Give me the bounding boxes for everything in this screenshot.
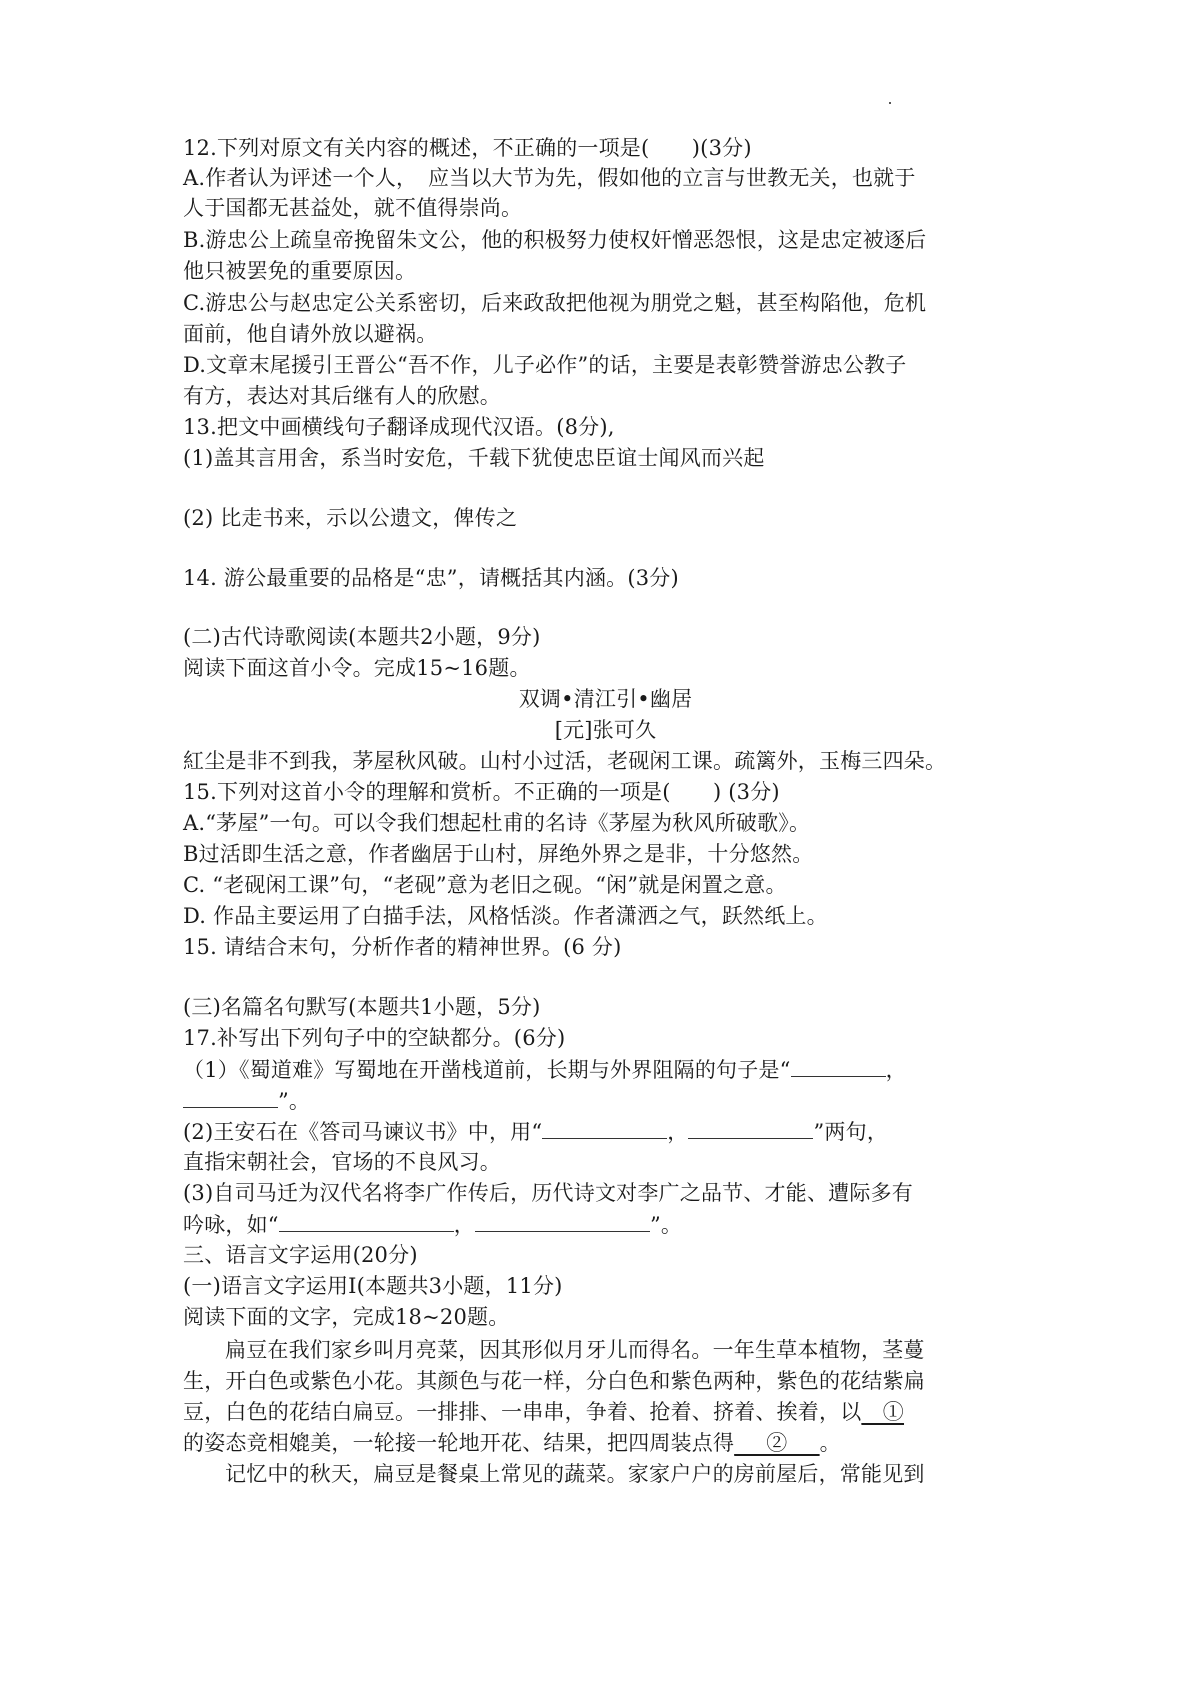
passage-p2-line1: 记忆中的秋天，扁豆是餐桌上常见的蔬菜。家家户户的房前屋后，常能见到 [183,1459,925,1489]
q17-item-1-line2: ”。 [183,1085,310,1115]
q16-stem: 15. 请结合末句，分析作者的精神世界。(6 分) [183,932,622,962]
comma: ， [667,1120,688,1144]
blank-1[interactable]: __① [861,1400,904,1424]
q12-option-d-line1: D.文章末尾援引王晋公“吾不作，儿子必作”的话，主要是表彰赞誉游忠公教子 [183,350,906,380]
q15-option-d: D. 作品主要运用了白描手法，风格恬淡。作者潇洒之气，跃然纸上。 [183,901,828,931]
q12-option-b-line1: B.游忠公上疏皇帝挽留朱文公，他的积极努力使权奸憎恶怨恨，这是忠定被逐后 [183,225,926,255]
answer-blank[interactable] [542,1116,667,1139]
q17-item-2-text: (2)王安石在《答司马谏议书》中，用“ [183,1120,542,1144]
q12-stem: 12.下列对原文有关内容的概述，不正确的一项是( )(3分) [183,133,752,163]
poem-title: 双调•清江引•幽居 [183,684,1028,714]
q12-option-c-line2: 面前，他自请外放以避祸。 [183,319,437,349]
q13-stem: 13.把文中画横线句子翻译成现代汉语。(8分), [183,412,615,442]
q13-sentence-2: (2) 比走书来，示以公遗文，俾传之 [183,503,517,533]
scan-dot [889,102,891,104]
q12-option-b-line2: 他只被罢免的重要原因。 [183,256,416,286]
q13-sentence-1: (1)盖其言用舍，系当时安危，千载下犹使忠臣谊士闻风而兴起 [183,443,765,473]
passage-p1-line1: 扁豆在我们家乡叫月亮菜，因其形似月牙儿而得名。一年生草本植物，茎蔓 [183,1335,925,1365]
q15-option-b: B过活即生活之意，作者幽居于山村，屏绝外界之是非，十分悠然。 [183,839,813,869]
dictation-section-heading: (三)名篇名句默写(本题共1小题，5分) [183,992,541,1022]
blank-2[interactable]: ___②___ [734,1431,819,1455]
q17-item-3-line2: 吟咏，如“，”。 [183,1209,682,1239]
q17-item-2-end: ”两句， [813,1120,888,1144]
answer-blank[interactable] [688,1116,813,1139]
close-quote: ”。 [650,1213,682,1237]
q17-stem: 17.补写出下列句子中的空缺都分。(6分) [183,1023,565,1053]
language-intro: 阅读下面的文字，完成18~20题。 [183,1302,509,1332]
q17-item-1-text: （1）《蜀道难》写蜀地在开凿栈道前，长期与外界阻隔的句子是“ [183,1058,791,1082]
q17-item-2-line2: 直指宋朝社会，官场的不良风习。 [183,1147,501,1177]
period: 。 [820,1431,841,1455]
q15-option-a: A.“茅屋”一句。可以令我们想起杜甫的名诗《茅屋为秋风所破歌》。 [183,808,810,838]
q12-option-c-line1: C.游忠公与赵忠定公关系密切，后来政敌把他视为朋党之魁，甚至构陷他，危机 [183,288,926,318]
poetry-section-heading: (二)古代诗歌阅读(本题共2小题，9分) [183,622,541,652]
poem-text: 紅尘是非不到我，茅屋秋风破。山村小过活，老砚闲工课。疏篱外，玉梅三四朵。 [183,746,946,776]
q12-option-a-line2: 人于国都无甚益处，就不值得崇尚。 [183,193,522,223]
language-subsection-heading: (一)语言文字运用Ⅰ(本题共3小题，11分) [183,1271,563,1301]
answer-blank[interactable] [791,1054,886,1077]
answer-blank[interactable] [183,1085,278,1108]
passage-p1-line2: 生，开白色或紫色小花。其颜色与花一样，分白色和紫色两种，紫色的花结紫扁 [183,1366,925,1396]
q12-option-a-line1: A.作者认为评述一个人， 应当以大节为先，假如他的立言与世教无关，也就于 [183,163,916,193]
q17-item-1-line1: （1）《蜀道难》写蜀地在开凿栈道前，长期与外界阻隔的句子是“， [183,1054,907,1084]
q15-stem: 15.下列对这首小令的理解和赏析。不正确的一项是( ) (3分) [183,777,780,807]
q15-option-c: C. “老砚闲工课”句，“老砚”意为老旧之砚。“闲”就是闲置之意。 [183,870,787,900]
q17-item-2-line1: (2)王安石在《答司马谏议书》中，用“，”两句， [183,1116,888,1146]
poetry-intro: 阅读下面这首小令。完成15~16题。 [183,653,531,683]
poem-author: [元]张可久 [183,715,1028,745]
q14-stem: 14. 游公最重要的品格是“忠”，请概括其内涵。(3分) [183,563,679,593]
q12-option-d-line2: 有方，表达对其后继有人的欣慰。 [183,381,501,411]
comma: ， [886,1058,907,1082]
language-section-heading: 三、语言文字运用(20分) [183,1240,418,1270]
passage-text: 豆，白色的花结白扁豆。一排排、一串串，争着、抢着、挤着、挨着，以 [183,1400,861,1424]
q17-item-3-text: 吟咏，如“ [183,1213,279,1237]
comma: ， [454,1213,475,1237]
answer-blank[interactable] [475,1209,650,1232]
answer-blank[interactable] [279,1209,454,1232]
passage-p1-line3: 豆，白色的花结白扁豆。一排排、一串串，争着、抢着、挤着、挨着，以__① [183,1397,904,1427]
q17-item-3-line1: (3)自司马迁为汉代名将李广作传后，历代诗文对李广之品节、才能、遭际多有 [183,1178,913,1208]
passage-text: 的姿态竞相媲美，一轮接一轮地开花、结果，把四周装点得 [183,1431,734,1455]
close-quote: ”。 [278,1089,310,1113]
passage-p1-line4: 的姿态竞相媲美，一轮接一轮地开花、结果，把四周装点得___②___。 [183,1428,841,1458]
